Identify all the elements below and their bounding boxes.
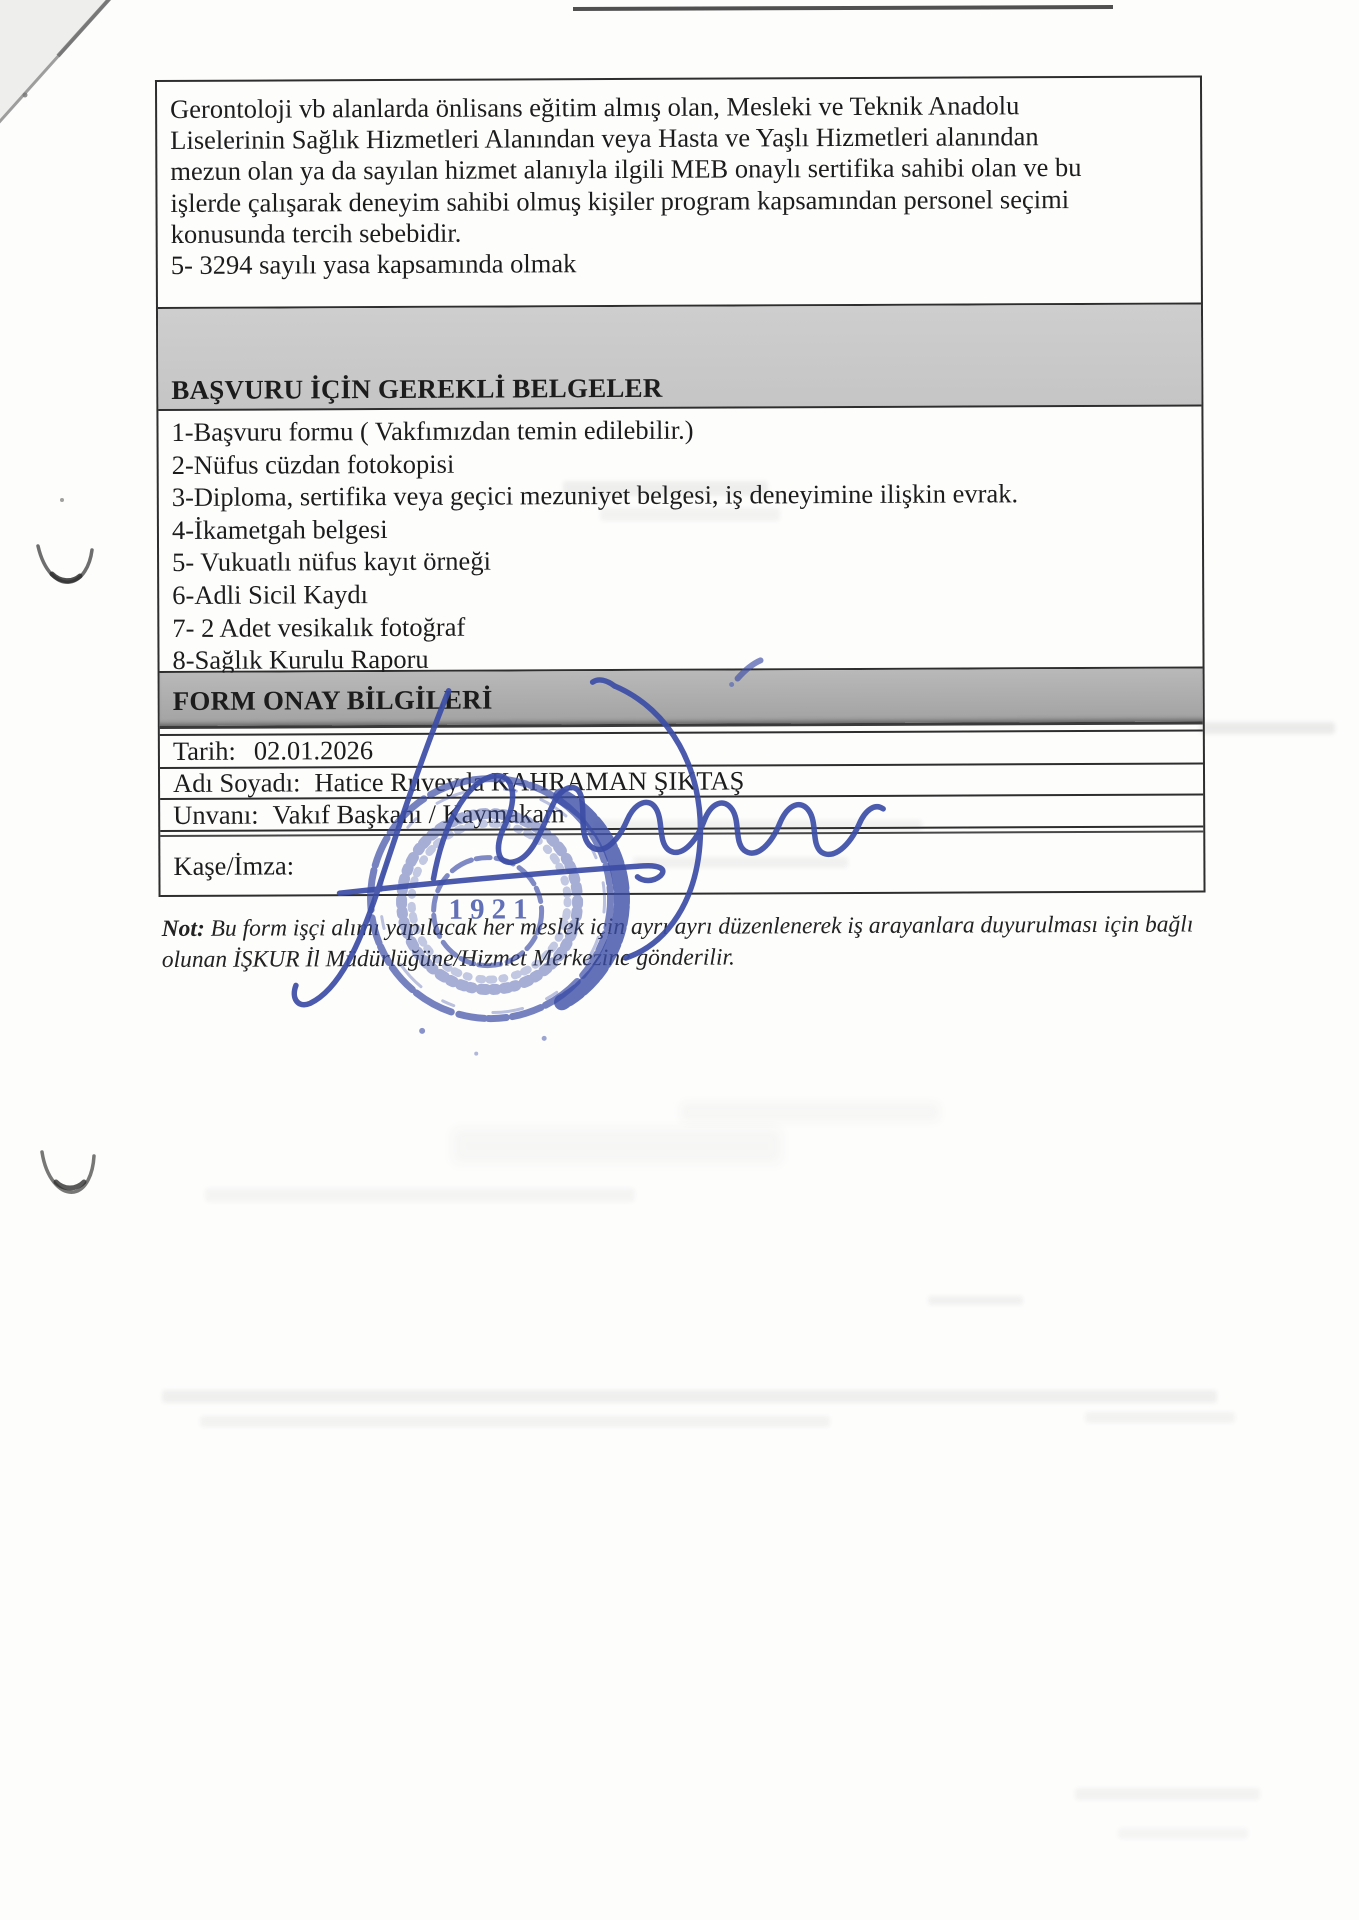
row-label: Tarih:	[173, 736, 236, 767]
approval-header: FORM ONAY BİLGİLERİ	[173, 685, 493, 717]
doc-item: 2-Nüfus cüzdan fotokopisi	[172, 444, 1202, 481]
doc-item: 1-Başvuru formu ( Vakfımızdan temin edil…	[171, 411, 1201, 448]
row-label: Unvanı:	[173, 799, 259, 830]
approval-row-adi-soyadi: Adı Soyadı: Hatice Ruveyda KAHRAMAN ŞIKT…	[160, 764, 1203, 800]
footnote-line2: olunan İŞKUR İl Müdürlüğüne/Hizmet Merke…	[162, 945, 735, 974]
row-value: Hatice Ruveyda KAHRAMAN ŞIKTAŞ	[314, 765, 744, 798]
row-value: Vakıf Başkanı / Kaymakam	[272, 798, 564, 830]
eligibility-section: Gerontoloji vb alanlarda önlisans eğitim…	[157, 77, 1201, 309]
document-content: Gerontoloji vb alanlarda önlisans eğitim…	[0, 0, 1359, 1920]
eligibility-line: Gerontoloji vb alanlarda önlisans eğitim…	[170, 89, 1200, 125]
required-docs-list: 1-Başvuru formu ( Vakfımızdan temin edil…	[158, 406, 1202, 673]
required-docs-header: BAŞVURU İÇİN GEREKLİ BELGELER	[171, 373, 662, 406]
required-docs-header-band: BAŞVURU İÇİN GEREKLİ BELGELER	[158, 304, 1201, 411]
doc-item: 5- Vukuatlı nüfus kayıt örneği	[172, 542, 1202, 579]
document-table: Gerontoloji vb alanlarda önlisans eğitim…	[155, 75, 1206, 897]
row-label: Adı Soyadı:	[173, 767, 300, 799]
footnote-prefix: Not:	[162, 916, 205, 942]
eligibility-line: konusunda tercih sebebidir.	[171, 214, 1201, 250]
footnote: Not: Bu form işçi alımı yapılacak her me…	[162, 909, 1237, 976]
eligibility-line: Liselerinin Sağlık Hizmetleri Alanından …	[170, 121, 1200, 157]
doc-item: 3-Diploma, sertifika veya geçici mezuniy…	[172, 477, 1202, 514]
approval-row-kase-imza: Kaşe/İmza:	[160, 832, 1203, 897]
doc-item: 7- 2 Adet vesikalık fotoğraf	[172, 607, 1202, 644]
eligibility-line: mezun olan ya da sayılan hizmet alanıyla…	[170, 152, 1200, 188]
doc-item: 6-Adli Sicil Kaydı	[172, 574, 1202, 611]
eligibility-line: işlerde çalışarak deneyim sahibi olmuş k…	[170, 183, 1200, 219]
row-value: 02.01.2026	[254, 735, 373, 767]
approval-header-band: FORM ONAY BİLGİLERİ	[160, 668, 1203, 729]
approval-row-tarih: Tarih: 02.01.2026	[160, 731, 1203, 769]
row-label: Kaşe/İmza:	[173, 850, 294, 882]
doc-item: 4-İkametgah belgesi	[172, 509, 1202, 546]
scanned-document-page: Gerontoloji vb alanlarda önlisans eğitim…	[0, 0, 1359, 1920]
approval-row-unvani: Unvanı: Vakıf Başkanı / Kaymakam	[160, 795, 1203, 832]
eligibility-item-5: 5- 3294 sayılı yasa kapsamında olmak	[171, 245, 1201, 281]
footnote-line1: Bu form işçi alımı yapılacak her meslek …	[205, 911, 1194, 941]
